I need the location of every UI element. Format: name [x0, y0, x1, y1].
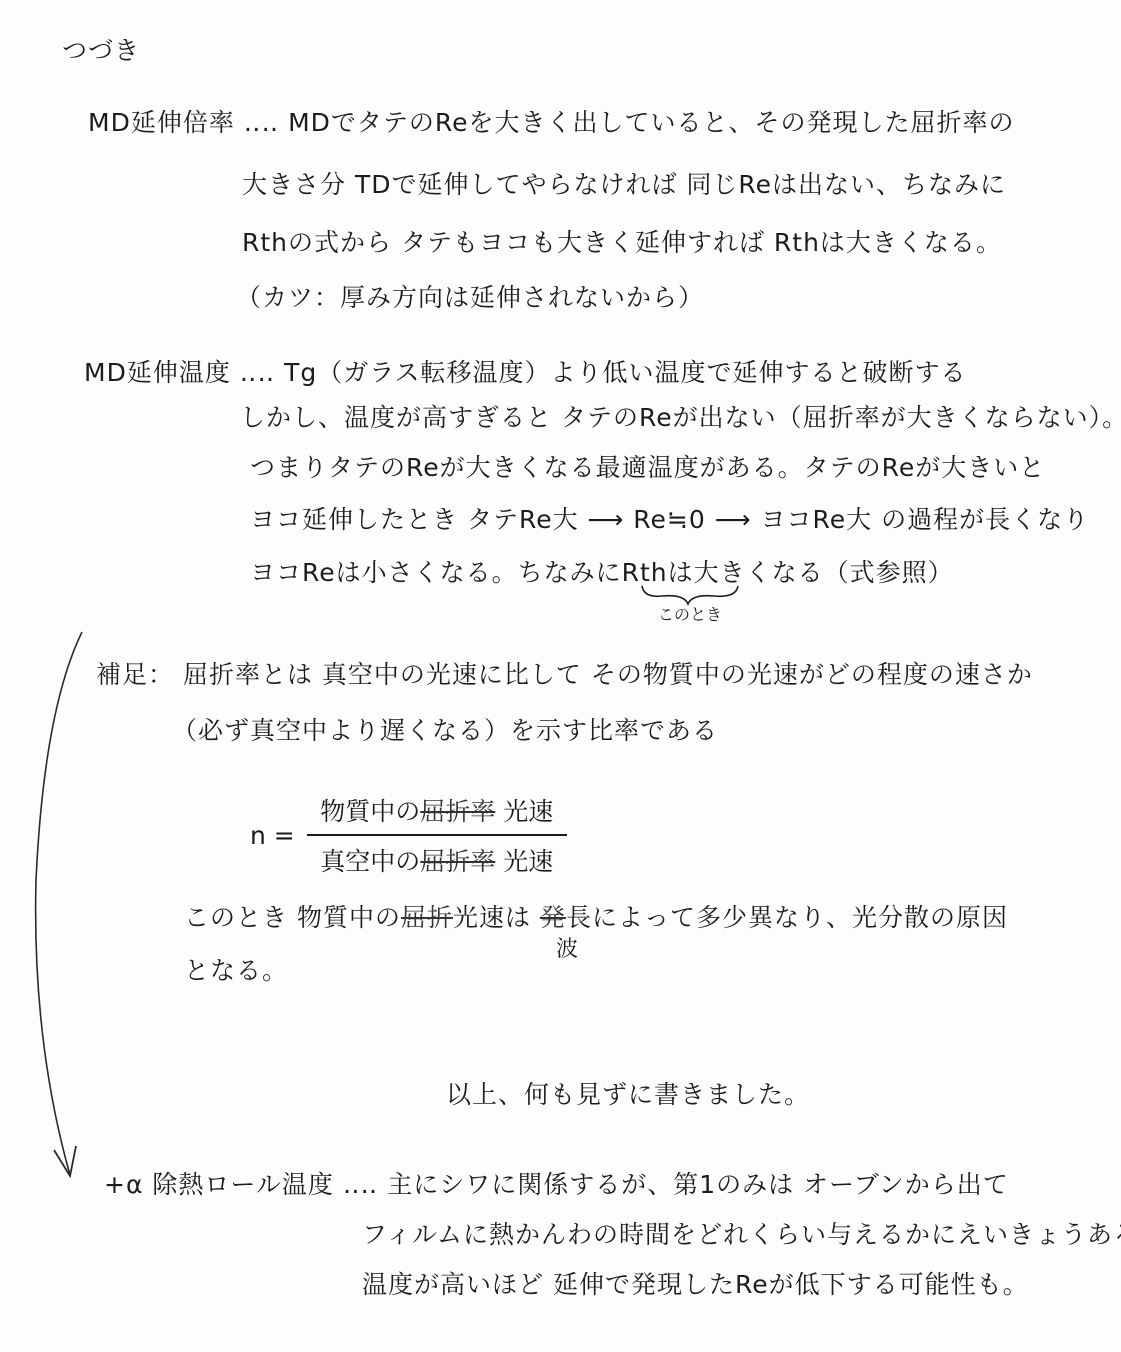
- md-stretch-temp-heading: MD延伸温度 ‥‥ Tg（ガラス転移温度）より低い温度で延伸すると破断する: [84, 360, 967, 385]
- note-title: つづき: [62, 38, 140, 63]
- extra-line-2: フィルムに熱かんわの時間をどれくらい与えるかにえいきょうあるかも。: [362, 1222, 1121, 1247]
- struck-text: 発: [540, 903, 566, 932]
- leader-dots: ‥‥: [240, 358, 275, 387]
- curved-down-arrow-icon: [30, 620, 110, 1190]
- supplement-line-2: （必ず真空中より遅くなる）を示す比率である: [172, 718, 718, 743]
- struck-text: 屈折率: [420, 847, 495, 876]
- dispersion-line-1: このとき 物質中の屈折光速は 発長によって多少異なり、光分散の原因: [184, 905, 1008, 930]
- md-stretch-ratio-heading: MD延伸倍率 ‥‥ MDでタテのReを大きく出していると、その発現した屈折率の: [88, 110, 1015, 135]
- wave-correction: 波: [556, 932, 578, 963]
- extra-label: 除熱ロール温度: [152, 1170, 334, 1199]
- struck-text: 屈折率: [420, 797, 495, 826]
- dispersion-line-2: となる。: [184, 958, 288, 983]
- fraction-bar: [307, 834, 567, 836]
- md-stretch-temp-label: MD延伸温度: [84, 358, 231, 387]
- extra-heading: +α 除熱ロール温度 ‥‥ 主にシワに関係するが、第1のみは オーブンから出て: [104, 1172, 1009, 1197]
- md-stretch-ratio-line-2: 大きさ分 TDで延伸してやらなければ 同じReは出ない、ちなみに: [242, 172, 1006, 197]
- md-stretch-ratio-line-4: （カツ：厚み方向は延伸されないから）: [236, 285, 704, 310]
- brace-annotation: このとき: [658, 602, 722, 625]
- formula-denominator: 真空中の屈折率 光速: [314, 840, 559, 880]
- struck-text: 屈折: [401, 903, 453, 932]
- md-stretch-ratio-line-1: MDでタテのReを大きく出していると、その発現した屈折率の: [288, 108, 1014, 137]
- supplement-line-1: 補足： 屈折率とは 真空中の光速に比して その物質中の光速がどの程度の速さか: [96, 662, 1033, 687]
- leader-dots: ‥‥: [244, 108, 279, 137]
- formula-lhs: n =: [250, 821, 295, 850]
- md-stretch-temp-line-3: つまりタテのReが大きくなる最適温度がある。タテのReが大きいと: [250, 455, 1045, 480]
- md-stretch-temp-line-2: しかし、温度が高すぎると タテのReが出ない（屈折率が大きくならない）。: [240, 405, 1121, 430]
- closing-remark: 以上、何も見ずに書きました。: [446, 1082, 810, 1107]
- md-stretch-ratio-line-3: Rthの式から タテもヨコも大きく延伸すれば Rthは大きくなる。: [242, 230, 1002, 255]
- supplement-label: 補足：: [96, 660, 174, 689]
- leader-dots: ‥‥: [343, 1170, 378, 1199]
- extra-prefix: +α: [104, 1170, 143, 1199]
- extra-line-1: 主にシワに関係するが、第1のみは オーブンから出て: [387, 1170, 1009, 1199]
- refractive-index-formula: n = 物質中の屈折率 光速 真空中の屈折率 光速: [250, 790, 567, 880]
- extra-line-3: 温度が高いほど 延伸で発現したReが低下する可能性も。: [362, 1272, 1029, 1297]
- formula-numerator: 物質中の屈折率 光速: [314, 790, 559, 830]
- handwritten-note-page: つづき MD延伸倍率 ‥‥ MDでタテのReを大きく出していると、その発現した屈…: [0, 0, 1121, 1352]
- md-stretch-temp-line-5: ヨコReは小さくなる。ちなみにRthは大きくなる（式参照）: [250, 560, 954, 585]
- md-stretch-temp-line-4: ヨコ延伸したとき タテRe大 ⟶ Re≒0 ⟶ ヨコRe大 の過程が長くなり: [250, 507, 1089, 532]
- md-stretch-temp-line-1: Tg（ガラス転移温度）より低い温度で延伸すると破断する: [284, 358, 966, 387]
- md-stretch-ratio-label: MD延伸倍率: [88, 108, 235, 137]
